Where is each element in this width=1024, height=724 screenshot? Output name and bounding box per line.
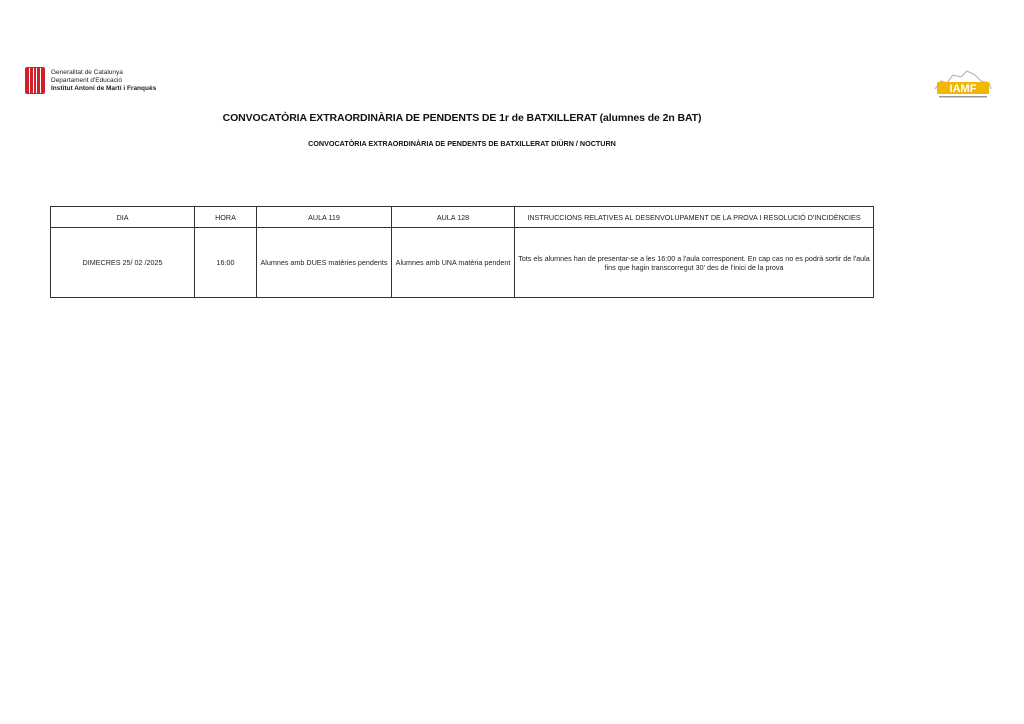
column-header-hora: HORA	[195, 207, 257, 228]
institution-line-1: Generalitat de Catalunya	[51, 69, 156, 77]
gencat-flag-icon	[25, 67, 45, 94]
column-header-aula-128: AULA 128	[392, 207, 515, 228]
institution-name: Generalitat de Catalunya Departament d'E…	[51, 69, 156, 93]
iamf-logo-text: IAMF	[950, 83, 977, 95]
gencat-logo: Generalitat de Catalunya Departament d'E…	[25, 67, 156, 94]
institution-line-3: Institut Antoni de Martí i Franquès	[51, 85, 156, 93]
iamf-logo-icon: IAMF	[933, 67, 993, 101]
table-header-row: DIA HORA AULA 119 AULA 128 INSTRUCCIONS …	[51, 207, 874, 228]
cell-dia: DIMECRES 25/ 02 /2025	[51, 228, 195, 298]
column-header-aula-119: AULA 119	[257, 207, 392, 228]
cell-aula-119: Alumnes amb DUES matèries pendents	[257, 228, 392, 298]
cell-instructions: Tots els alumnes han de presentar-se a l…	[515, 228, 874, 298]
institution-line-2: Departament d'Educació	[51, 77, 156, 85]
column-header-instructions: INSTRUCCIONS RELATIVES AL DESENVOLUPAMEN…	[515, 207, 874, 228]
table-row: DIMECRES 25/ 02 /2025 16:00 Alumnes amb …	[51, 228, 874, 298]
cell-hora: 16:00	[195, 228, 257, 298]
cell-aula-128: Alumnes amb UNA matèria pendent	[392, 228, 515, 298]
page-title: CONVOCATÒRIA EXTRAORDINÀRIA DE PENDENTS …	[0, 112, 924, 124]
column-header-dia: DIA	[51, 207, 195, 228]
page-subtitle: CONVOCATÒRIA EXTRAORDINÀRIA DE PENDENTS …	[0, 139, 924, 148]
schedule-table: DIA HORA AULA 119 AULA 128 INSTRUCCIONS …	[50, 206, 874, 298]
